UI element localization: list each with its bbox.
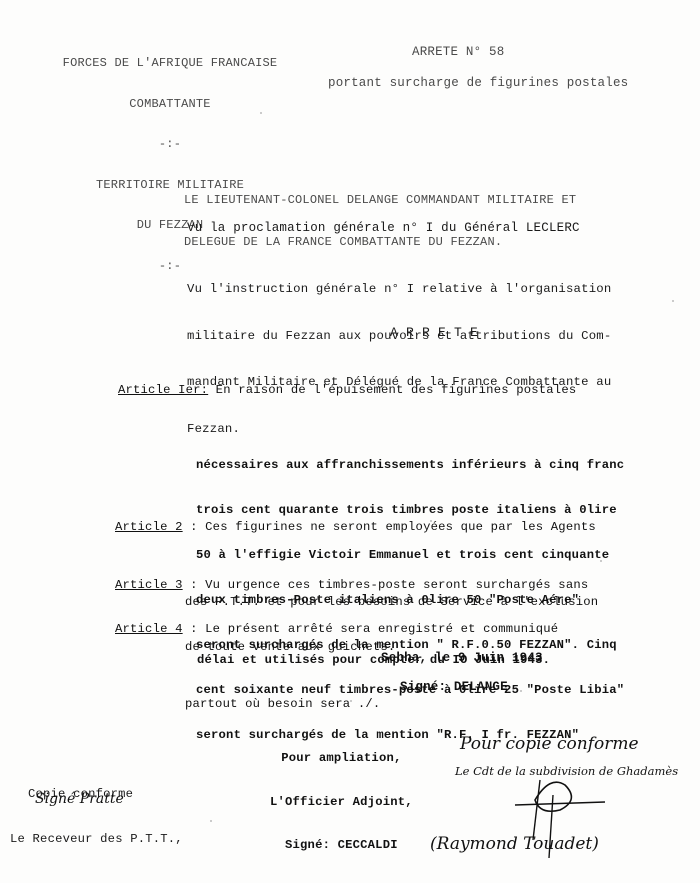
article-text: En raison de l'épuisement des figurines …: [208, 383, 576, 397]
document-page: FORCES DE L'AFRIQUE FRANCAISE COMBATTANT…: [0, 0, 700, 883]
arrete-number: ARRETE N° 58: [412, 45, 504, 60]
article-line: nécessaires aux affranchissements inféri…: [196, 458, 624, 473]
place-date: Sebha, le 9 Juin 1943: [381, 651, 543, 666]
article-label: Article 4: [115, 622, 183, 636]
copie-line: Le Receveur des P.T.T.,: [10, 832, 183, 847]
signature-flourish-icon: [505, 770, 625, 860]
article-label: Article 2: [115, 520, 183, 534]
article-label: Article 3: [115, 578, 183, 592]
article-line: partout où besoin sera ./.: [185, 697, 558, 712]
arrete-subtitle: portant surcharge de figurines postales: [328, 76, 628, 91]
header-left-separator: -:-: [20, 138, 320, 152]
vu-line: Vu l'instruction générale n° I relative …: [187, 282, 611, 298]
header-left-line1: FORCES DE L'AFRIQUE FRANCAISE: [20, 57, 320, 71]
receveur-signature: Signé Pratte: [35, 791, 124, 807]
handwritten-pour-copie: Pour copie conforme: [460, 734, 639, 754]
arrete-heading: A R R E T E: [390, 325, 478, 340]
header-left-line2: COMBATTANTE: [20, 98, 320, 112]
ampliation-line: Pour ampliation,: [270, 751, 413, 766]
ampliation-line: L'Officier Adjoint,: [270, 795, 413, 810]
signed-delange: Signé: DELANGE: [400, 680, 508, 695]
article-text: : Vu urgence ces timbres-poste seront su…: [183, 578, 589, 592]
article-label: Article Ier:: [118, 383, 208, 397]
article-text: : Ces figurines ne seront employées que …: [183, 520, 596, 534]
vu-proclamation: Vu la proclamation générale n° I du Géné…: [187, 221, 580, 236]
ampliation-block: Pour ampliation, L'Officier Adjoint, Sig…: [270, 722, 413, 882]
copie-conforme-block: Copie conforme Le Receveur des P.T.T.,: [10, 757, 183, 877]
ampliation-line: Signé: CECCALDI: [270, 838, 413, 853]
authority-line: DELEGUE DE LA FRANCE COMBATTANTE DU FEZZ…: [184, 235, 576, 249]
article-text: : Le présent arrêté sera enregistré et c…: [183, 622, 559, 636]
authority-line: LE LIEUTENANT-COLONEL DELANGE COMMANDANT…: [184, 193, 576, 207]
